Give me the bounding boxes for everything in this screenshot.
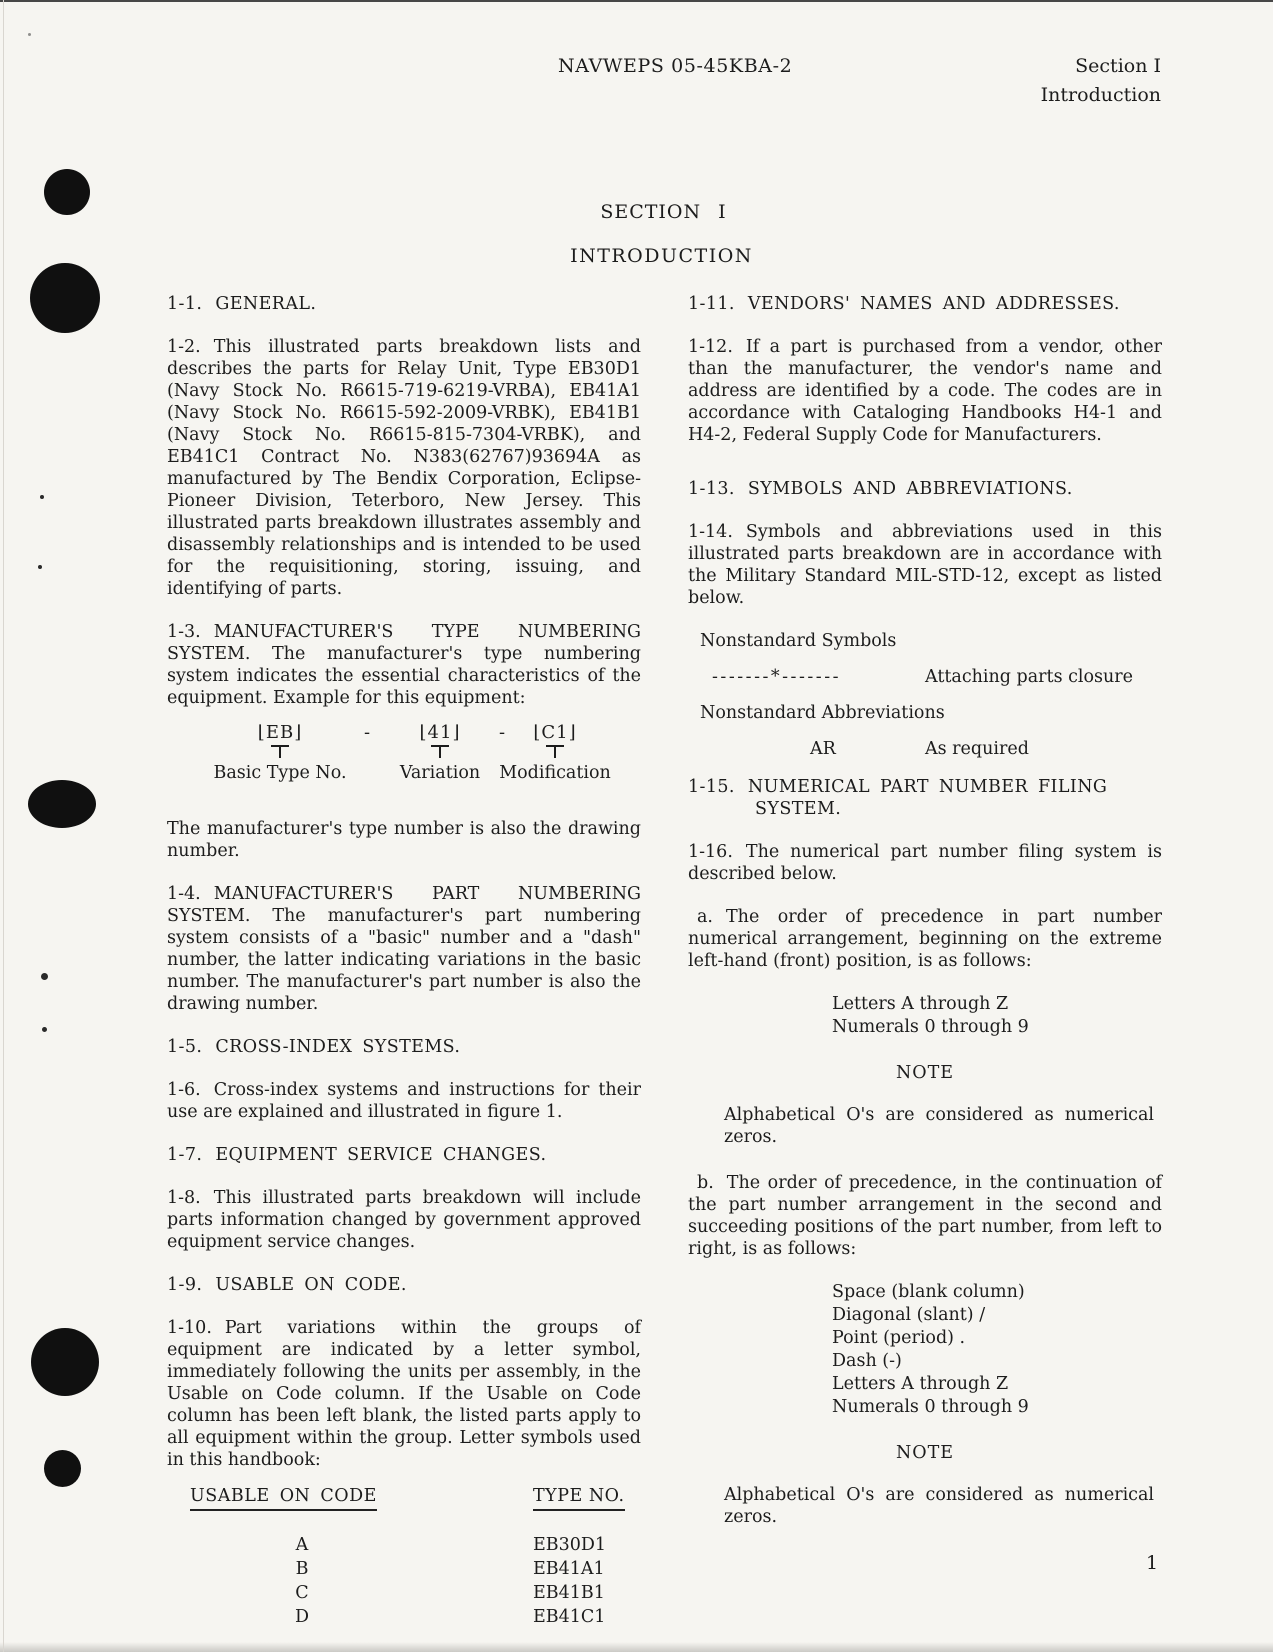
header-section-sublabel: Introduction	[1041, 81, 1161, 110]
punch-hole	[31, 1328, 99, 1396]
document-number: NAVWEPS 05-45KBA-2	[558, 55, 792, 77]
usable-code: D	[167, 1605, 437, 1629]
nonstandard-symbol-entry: -------*------- Attaching parts closure	[712, 666, 1162, 688]
type-numbering-diagram: ⌊EB⌋ Basic Type No. - ⌊41⌋ Variation - ⌊…	[167, 722, 641, 802]
paragraph-1-12: 1-12.If a part is purchased from a vendo…	[688, 336, 1162, 446]
paragraph-text: Cross-index systems and instructions for…	[167, 1080, 641, 1122]
paragraph-number: 1-5.	[167, 1037, 202, 1057]
connector-icon	[431, 745, 449, 760]
paragraph-number: 1-8.	[167, 1188, 201, 1208]
paragraph-text: Symbols and abbreviations used in this i…	[688, 522, 1162, 608]
paragraph-number: 1-1.	[167, 294, 202, 314]
abbreviation-meaning: As required	[925, 738, 1029, 760]
paragraph-1-4: 1-4.MANUFACTURER'S PART NUMBERING SYSTEM…	[167, 883, 641, 1015]
paragraph-number: 1-14.	[688, 522, 733, 542]
paragraph-text: MANUFACTURER'S TYPE NUMBERING SYSTEM. Th…	[167, 622, 641, 708]
type-number-note: The manufacturer's type number is also t…	[167, 818, 641, 862]
segment-code: ⌊EB⌋	[205, 722, 355, 744]
paragraph-number: 1-15.	[688, 777, 735, 797]
note-text: Alphabetical O's are considered as numer…	[724, 1484, 1154, 1528]
paragraph-1-7: 1-7.EQUIPMENT SERVICE CHANGES.	[167, 1144, 641, 1166]
paragraph-number: 1-10.	[167, 1318, 212, 1338]
nonstandard-abbreviation-entry: AR As required	[810, 738, 1162, 760]
paragraph-letter: a.	[697, 907, 713, 927]
scan-speck	[28, 33, 31, 36]
paragraph-1-10: 1-10.Part variations within the groups o…	[167, 1317, 641, 1471]
note-heading: NOTE	[688, 1062, 1162, 1084]
punch-hole	[44, 1450, 81, 1487]
paragraph-number: 1-12.	[688, 337, 733, 357]
paragraph-b: b.The order of precedence, in the contin…	[688, 1172, 1162, 1260]
paragraph-heading: SYMBOLS AND ABBREVIATIONS.	[748, 479, 1073, 499]
paragraph-1-1: 1-1.GENERAL.	[167, 293, 641, 315]
paragraph-text: This illustrated parts breakdown lists a…	[167, 337, 641, 599]
paragraph-1-13: 1-13.SYMBOLS AND ABBREVIATIONS.	[688, 478, 1162, 500]
paragraph-1-8: 1-8.This illustrated parts breakdown wil…	[167, 1187, 641, 1253]
type-number: EB41A1	[533, 1557, 605, 1581]
bracket-right: ⌋	[294, 722, 302, 743]
nonstandard-symbols-heading: Nonstandard Symbols	[700, 630, 1162, 652]
connector-icon	[271, 745, 289, 760]
paragraph-number: 1-2.	[167, 337, 201, 357]
diagram-segment-modification: ⌊C1⌋ Modification	[480, 722, 630, 784]
list-item: Space (blank column)	[832, 1281, 1162, 1304]
paragraph-heading: NUMERICAL PART NUMBER FILING SYSTEM.	[748, 777, 1107, 819]
list-item: Numerals 0 through 9	[832, 1016, 1162, 1039]
usable-code: A	[167, 1533, 437, 1557]
left-column: 1-1.GENERAL. 1-2.This illustrated parts …	[167, 293, 641, 1629]
paragraph-text: Part variations within the groups of equ…	[167, 1318, 641, 1470]
usable-code: C	[167, 1581, 437, 1605]
header-section-block: Section I Introduction	[1041, 52, 1161, 110]
scan-speck	[41, 973, 48, 980]
table-row: CEB41B1	[167, 1581, 641, 1605]
paragraph-text: The order of precedence, in the continua…	[688, 1173, 1162, 1259]
paragraph-number: 1-9.	[167, 1275, 202, 1295]
punch-hole	[28, 780, 96, 828]
paragraph-text: The numerical part number filing system …	[688, 842, 1162, 884]
scan-speck	[42, 1027, 47, 1032]
list-item: Letters A through Z	[832, 993, 1162, 1016]
scan-speck	[40, 495, 44, 499]
paragraph-text: MANUFACTURER'S PART NUMBERING SYSTEM. Th…	[167, 884, 641, 1014]
table-row: AEB30D1	[167, 1533, 641, 1557]
segment-label: Modification	[480, 762, 630, 784]
list-item: Point (period) .	[832, 1327, 1162, 1350]
bracket-left: ⌊	[258, 722, 266, 743]
paragraph-a: a.The order of precedence in part number…	[688, 906, 1162, 972]
header-section-label: Section I	[1041, 52, 1161, 81]
section-title: SECTION I	[0, 201, 1273, 223]
segment-code-text: EB	[266, 722, 294, 743]
diagram-segment-basic: ⌊EB⌋ Basic Type No.	[205, 722, 355, 784]
list-item: Diagonal (slant) /	[832, 1304, 1162, 1327]
paragraph-1-6: 1-6.Cross-index systems and instructions…	[167, 1079, 641, 1123]
right-column: 1-11.VENDORS' NAMES AND ADDRESSES. 1-12.…	[688, 293, 1162, 1552]
connector-icon	[546, 745, 564, 760]
table-row: BEB41A1	[167, 1557, 641, 1581]
paragraph-text: The manufacturer's type number is also t…	[167, 819, 641, 861]
paragraph-1-11: 1-11.VENDORS' NAMES AND ADDRESSES.	[688, 293, 1162, 315]
precedence-list-a: Letters A through Z Numerals 0 through 9	[832, 993, 1162, 1039]
paragraph-number: 1-16.	[688, 842, 733, 862]
type-number: EB30D1	[533, 1533, 606, 1557]
paragraph-1-16: 1-16.The numerical part number filing sy…	[688, 841, 1162, 885]
paragraph-letter: b.	[697, 1173, 714, 1193]
segment-code-text: C1	[541, 722, 568, 743]
bracket-right: ⌋	[452, 722, 460, 743]
paragraph-1-3: 1-3.MANUFACTURER'S TYPE NUMBERING SYSTEM…	[167, 621, 641, 709]
scan-speck	[38, 565, 42, 569]
paragraph-text: The order of precedence in part number n…	[688, 907, 1162, 971]
paragraph-number: 1-4.	[167, 884, 201, 904]
paragraph-text: This illustrated parts breakdown will in…	[167, 1188, 641, 1252]
section-subtitle: INTRODUCTION	[0, 245, 1273, 267]
segment-code-text: 41	[428, 722, 453, 743]
paragraph-number: 1-6.	[167, 1080, 201, 1100]
list-item: Numerals 0 through 9	[832, 1396, 1162, 1419]
type-number: EB41C1	[533, 1605, 605, 1629]
bracket-right: ⌋	[569, 722, 577, 743]
paragraph-1-5: 1-5.CROSS-INDEX SYSTEMS.	[167, 1036, 641, 1058]
paragraph-heading: GENERAL.	[215, 294, 316, 314]
paragraph-number: 1-11.	[688, 294, 735, 314]
column-header-type-no: TYPE NO.	[533, 1485, 625, 1511]
column-header-usable-on-code: USABLE ON CODE	[190, 1485, 377, 1511]
abbreviation: AR	[810, 738, 925, 760]
paragraph-heading: EQUIPMENT SERVICE CHANGES.	[215, 1145, 546, 1165]
scan-edge-bottom	[0, 1642, 1273, 1652]
precedence-list-b: Space (blank column) Diagonal (slant) / …	[832, 1281, 1162, 1419]
manual-page: NAVWEPS 05-45KBA-2 Section I Introductio…	[0, 0, 1273, 1652]
paragraph-1-15: 1-15.NUMERICAL PART NUMBER FILING SYSTEM…	[688, 776, 1162, 820]
note-text: Alphabetical O's are considered as numer…	[724, 1104, 1154, 1148]
segment-label: Basic Type No.	[205, 762, 355, 784]
paragraph-number: 1-7.	[167, 1145, 202, 1165]
attaching-parts-symbol: -------*-------	[712, 666, 925, 688]
bracket-left: ⌊	[420, 722, 428, 743]
list-item: Letters A through Z	[832, 1373, 1162, 1396]
paragraph-1-9: 1-9.USABLE ON CODE.	[167, 1274, 641, 1296]
paragraph-1-14: 1-14.Symbols and abbreviations used in t…	[688, 521, 1162, 609]
list-item: Dash (-)	[832, 1350, 1162, 1373]
paragraph-heading: USABLE ON CODE.	[215, 1275, 407, 1295]
page-number: 1	[1146, 1552, 1158, 1574]
nonstandard-abbreviations-heading: Nonstandard Abbreviations	[700, 702, 1162, 724]
paragraph-heading: CROSS-INDEX SYSTEMS.	[215, 1037, 460, 1057]
symbol-meaning: Attaching parts closure	[925, 666, 1133, 688]
type-number: EB41B1	[533, 1581, 605, 1605]
paragraph-number: 1-3.	[167, 622, 201, 642]
table-header-row: USABLE ON CODE TYPE NO.	[167, 1485, 641, 1511]
paragraph-text: If a part is purchased from a vendor, ot…	[688, 337, 1162, 445]
table-row: DEB41C1	[167, 1605, 641, 1629]
paragraph-number: 1-13.	[688, 479, 735, 499]
segment-code: ⌊C1⌋	[480, 722, 630, 744]
punch-hole	[30, 263, 100, 333]
paragraph-1-2: 1-2.This illustrated parts breakdown lis…	[167, 336, 641, 600]
note-heading: NOTE	[688, 1442, 1162, 1464]
usable-code: B	[167, 1557, 437, 1581]
scan-edge-top	[0, 0, 1273, 2]
paragraph-heading: VENDORS' NAMES AND ADDRESSES.	[748, 294, 1120, 314]
usable-on-code-table: USABLE ON CODE TYPE NO. AEB30D1 BEB41A1 …	[167, 1485, 641, 1629]
